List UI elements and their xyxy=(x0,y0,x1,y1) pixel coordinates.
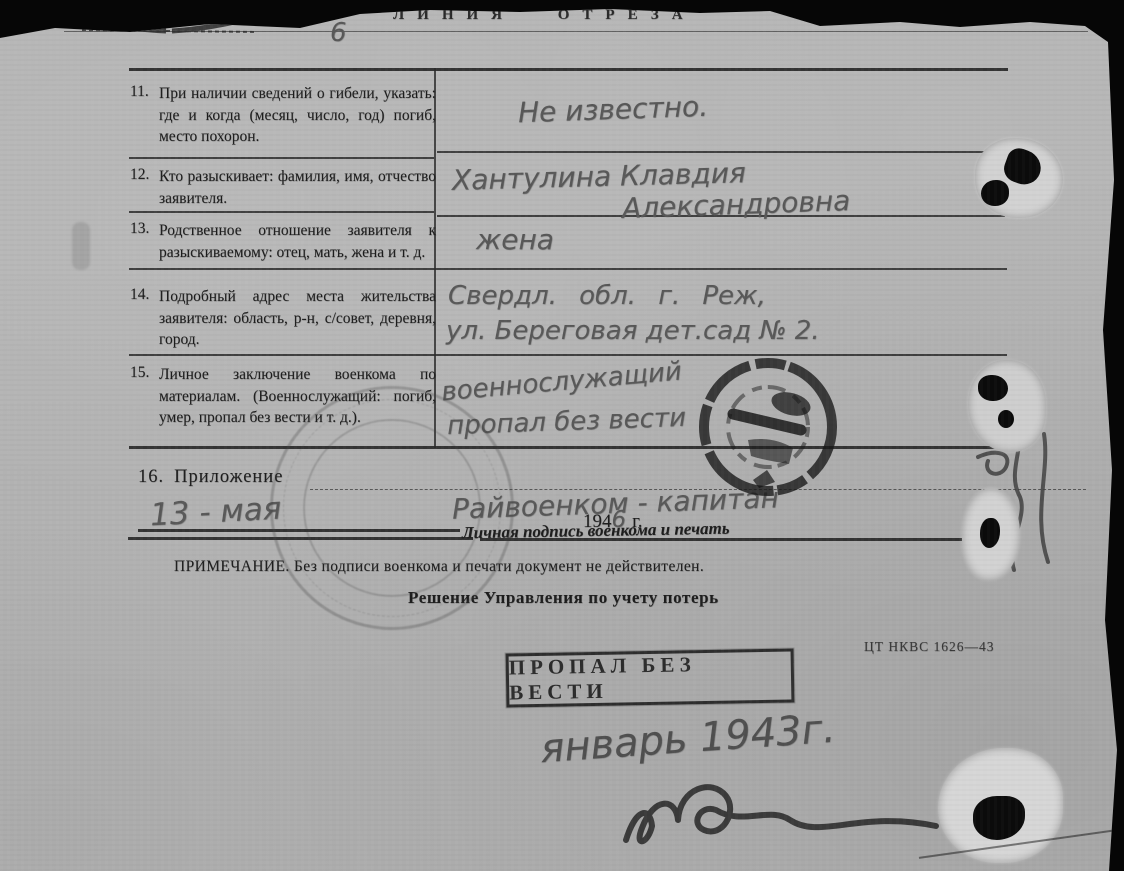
field-number: 13. xyxy=(130,220,159,263)
table-top-rule xyxy=(129,68,1008,71)
paper-crack xyxy=(919,829,1117,859)
bottom-signature-icon xyxy=(618,768,948,868)
paper-sheet: ЛИНИЯ ОТРЕЗА 6 11. При наличии сведений … xyxy=(0,0,1124,871)
paper-tear xyxy=(962,488,1020,580)
form-field-16: 16.Приложение xyxy=(138,467,283,488)
row-rule xyxy=(129,268,1007,270)
tear-hole xyxy=(973,796,1025,840)
stamp-inner-ring xyxy=(303,419,481,597)
paper-tear xyxy=(968,360,1046,452)
wreath-emblem-fragment-icon xyxy=(52,0,287,42)
form-field-14: 14. Подробный адрес места жительства зая… xyxy=(130,286,436,351)
row-rule xyxy=(437,151,1005,153)
paper-tear xyxy=(975,138,1063,218)
row-rule xyxy=(129,354,1007,356)
faint-round-stamp-icon xyxy=(270,386,514,630)
field-number: 12. xyxy=(130,166,159,209)
missing-in-action-stamp: ПРОПАЛ БЕЗ ВЕСТИ xyxy=(506,648,795,707)
answer-field-11: Не известно. xyxy=(517,90,708,130)
handwritten-date: 13 - мая xyxy=(149,491,282,534)
answer-field-13: жена xyxy=(476,223,554,256)
field-question: Кто разыскивает: фамилия, имя, отчество … xyxy=(159,166,436,209)
field-question: Приложение xyxy=(174,467,283,487)
row-rule xyxy=(129,211,434,213)
row-rule xyxy=(129,446,1008,449)
tear-hole xyxy=(980,518,1000,548)
field-question: При наличии сведений о гибели, указать: … xyxy=(159,83,436,148)
tear-hole xyxy=(1000,145,1045,189)
form-field-11: 11. При наличии сведений о гибели, указа… xyxy=(130,83,436,148)
field-number: 15. xyxy=(130,364,159,429)
field-question: Родственное отношение заявителя к разыск… xyxy=(159,220,436,263)
answer-field-14-line1: Свердл. обл. г. Реж, xyxy=(448,281,766,311)
tear-hole xyxy=(978,375,1008,401)
handwritten-page-mark: 6 xyxy=(330,18,347,48)
cut-line-label: ЛИНИЯ ОТРЕЗА xyxy=(393,7,696,24)
dark-round-stamp-icon xyxy=(693,352,843,502)
answer-field-12-line2: Александровна xyxy=(621,184,850,225)
field-number: 14. xyxy=(130,286,159,351)
field-question: Подробный адрес места жительства заявите… xyxy=(159,286,436,351)
scanned-document: ЛИНИЯ ОТРЕЗА 6 11. При наличии сведений … xyxy=(0,0,1124,871)
field-number: 11. xyxy=(130,83,159,148)
form-code: ЦТ НКВС 1626—43 xyxy=(864,639,995,655)
cut-line-rule xyxy=(64,31,1088,32)
form-field-12: 12. Кто разыскивает: фамилия, имя, отчес… xyxy=(130,166,436,209)
paper-tear xyxy=(938,748,1063,863)
answer-field-14-line2: ул. Береговая дет.сад № 2. xyxy=(446,316,820,346)
tear-hole xyxy=(981,180,1009,206)
field-number: 16. xyxy=(138,467,164,487)
tear-hole xyxy=(998,410,1014,428)
row-rule xyxy=(129,157,434,159)
handwritten-bottom-note: январь 1943г. xyxy=(539,706,837,773)
ink-smudge xyxy=(72,222,90,270)
answer-field-15-line1: военнослужащий xyxy=(440,357,683,408)
form-field-13: 13. Родственное отношение заявителя к ра… xyxy=(130,220,436,263)
